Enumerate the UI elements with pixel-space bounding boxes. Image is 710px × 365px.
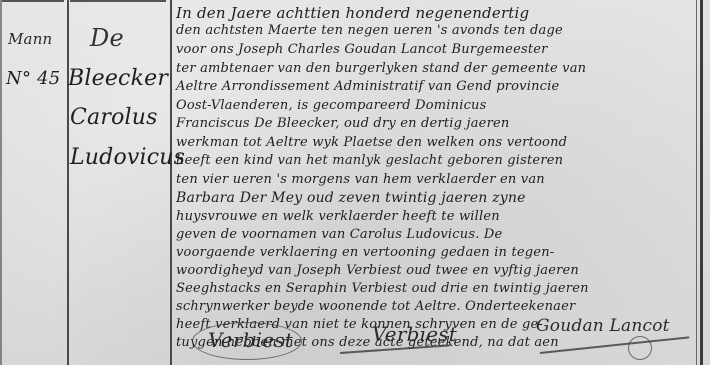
signature-flourish-1: [192, 322, 302, 360]
margin-column: Mann N° 45: [0, 0, 66, 365]
record-body: In den Jaere achttien honderd negenender…: [172, 0, 692, 365]
body-line: den achtsten Maerte ten negen ueren 's a…: [176, 23, 563, 38]
column-rule-right-outer: [700, 0, 703, 365]
body-line: voorgaende verklaering en vertooning ged…: [176, 245, 554, 260]
register-page: Mann N° 45 De Bleecker Carolus Ludovicus…: [0, 0, 710, 365]
column-rule-right-inner: [696, 0, 697, 365]
body-line: Seeghstacks en Seraphin Verbiest oud dri…: [176, 281, 589, 296]
body-line: In den Jaere achttien honderd negenender…: [176, 4, 529, 22]
body-line: schrynwerker beyde woonende tot Aeltre. …: [176, 299, 575, 314]
name-column: De Bleecker Carolus Ludovicus: [68, 0, 168, 365]
body-line: huysvrouwe en welk verklaerder heeft te …: [176, 209, 500, 224]
body-line: Oost-Vlaenderen, is gecompareerd Dominic…: [176, 98, 487, 113]
signature-registrar: Goudan Lancot: [536, 316, 670, 336]
margin-sex-label: Mann: [8, 30, 52, 48]
second-name: Ludovicus: [70, 145, 185, 170]
entry-number: N° 45: [6, 68, 60, 89]
body-line: Franciscus De Bleecker, oud dry en derti…: [176, 116, 509, 131]
body-line: geven de voornamen van Carolus Ludovicus…: [176, 227, 502, 242]
body-line: woordigheyd van Joseph Verbiest oud twee…: [176, 263, 579, 278]
body-line: Barbara Der Mey oud zeven twintig jaeren…: [176, 190, 526, 206]
body-line: voor ons Joseph Charles Goudan Lancot Bu…: [176, 42, 548, 57]
body-line: werkman tot Aeltre wyk Plaetse den welke…: [176, 135, 567, 150]
body-line: Aeltre Arrondissement Administratif van …: [176, 79, 559, 94]
first-name: Carolus: [70, 105, 158, 130]
signature-loop-registrar: [628, 336, 652, 360]
signature-witness-2: Verbiest: [372, 322, 457, 346]
body-line: heeft een kind van het manlyk geslacht g…: [176, 153, 563, 168]
surname-prefix: De: [90, 24, 124, 52]
surname: Bleecker: [68, 66, 168, 91]
body-line: ter ambtenaer van den burgerlyken stand …: [176, 61, 586, 76]
body-line: ten vier ueren 's morgens van hem verkla…: [176, 172, 545, 187]
